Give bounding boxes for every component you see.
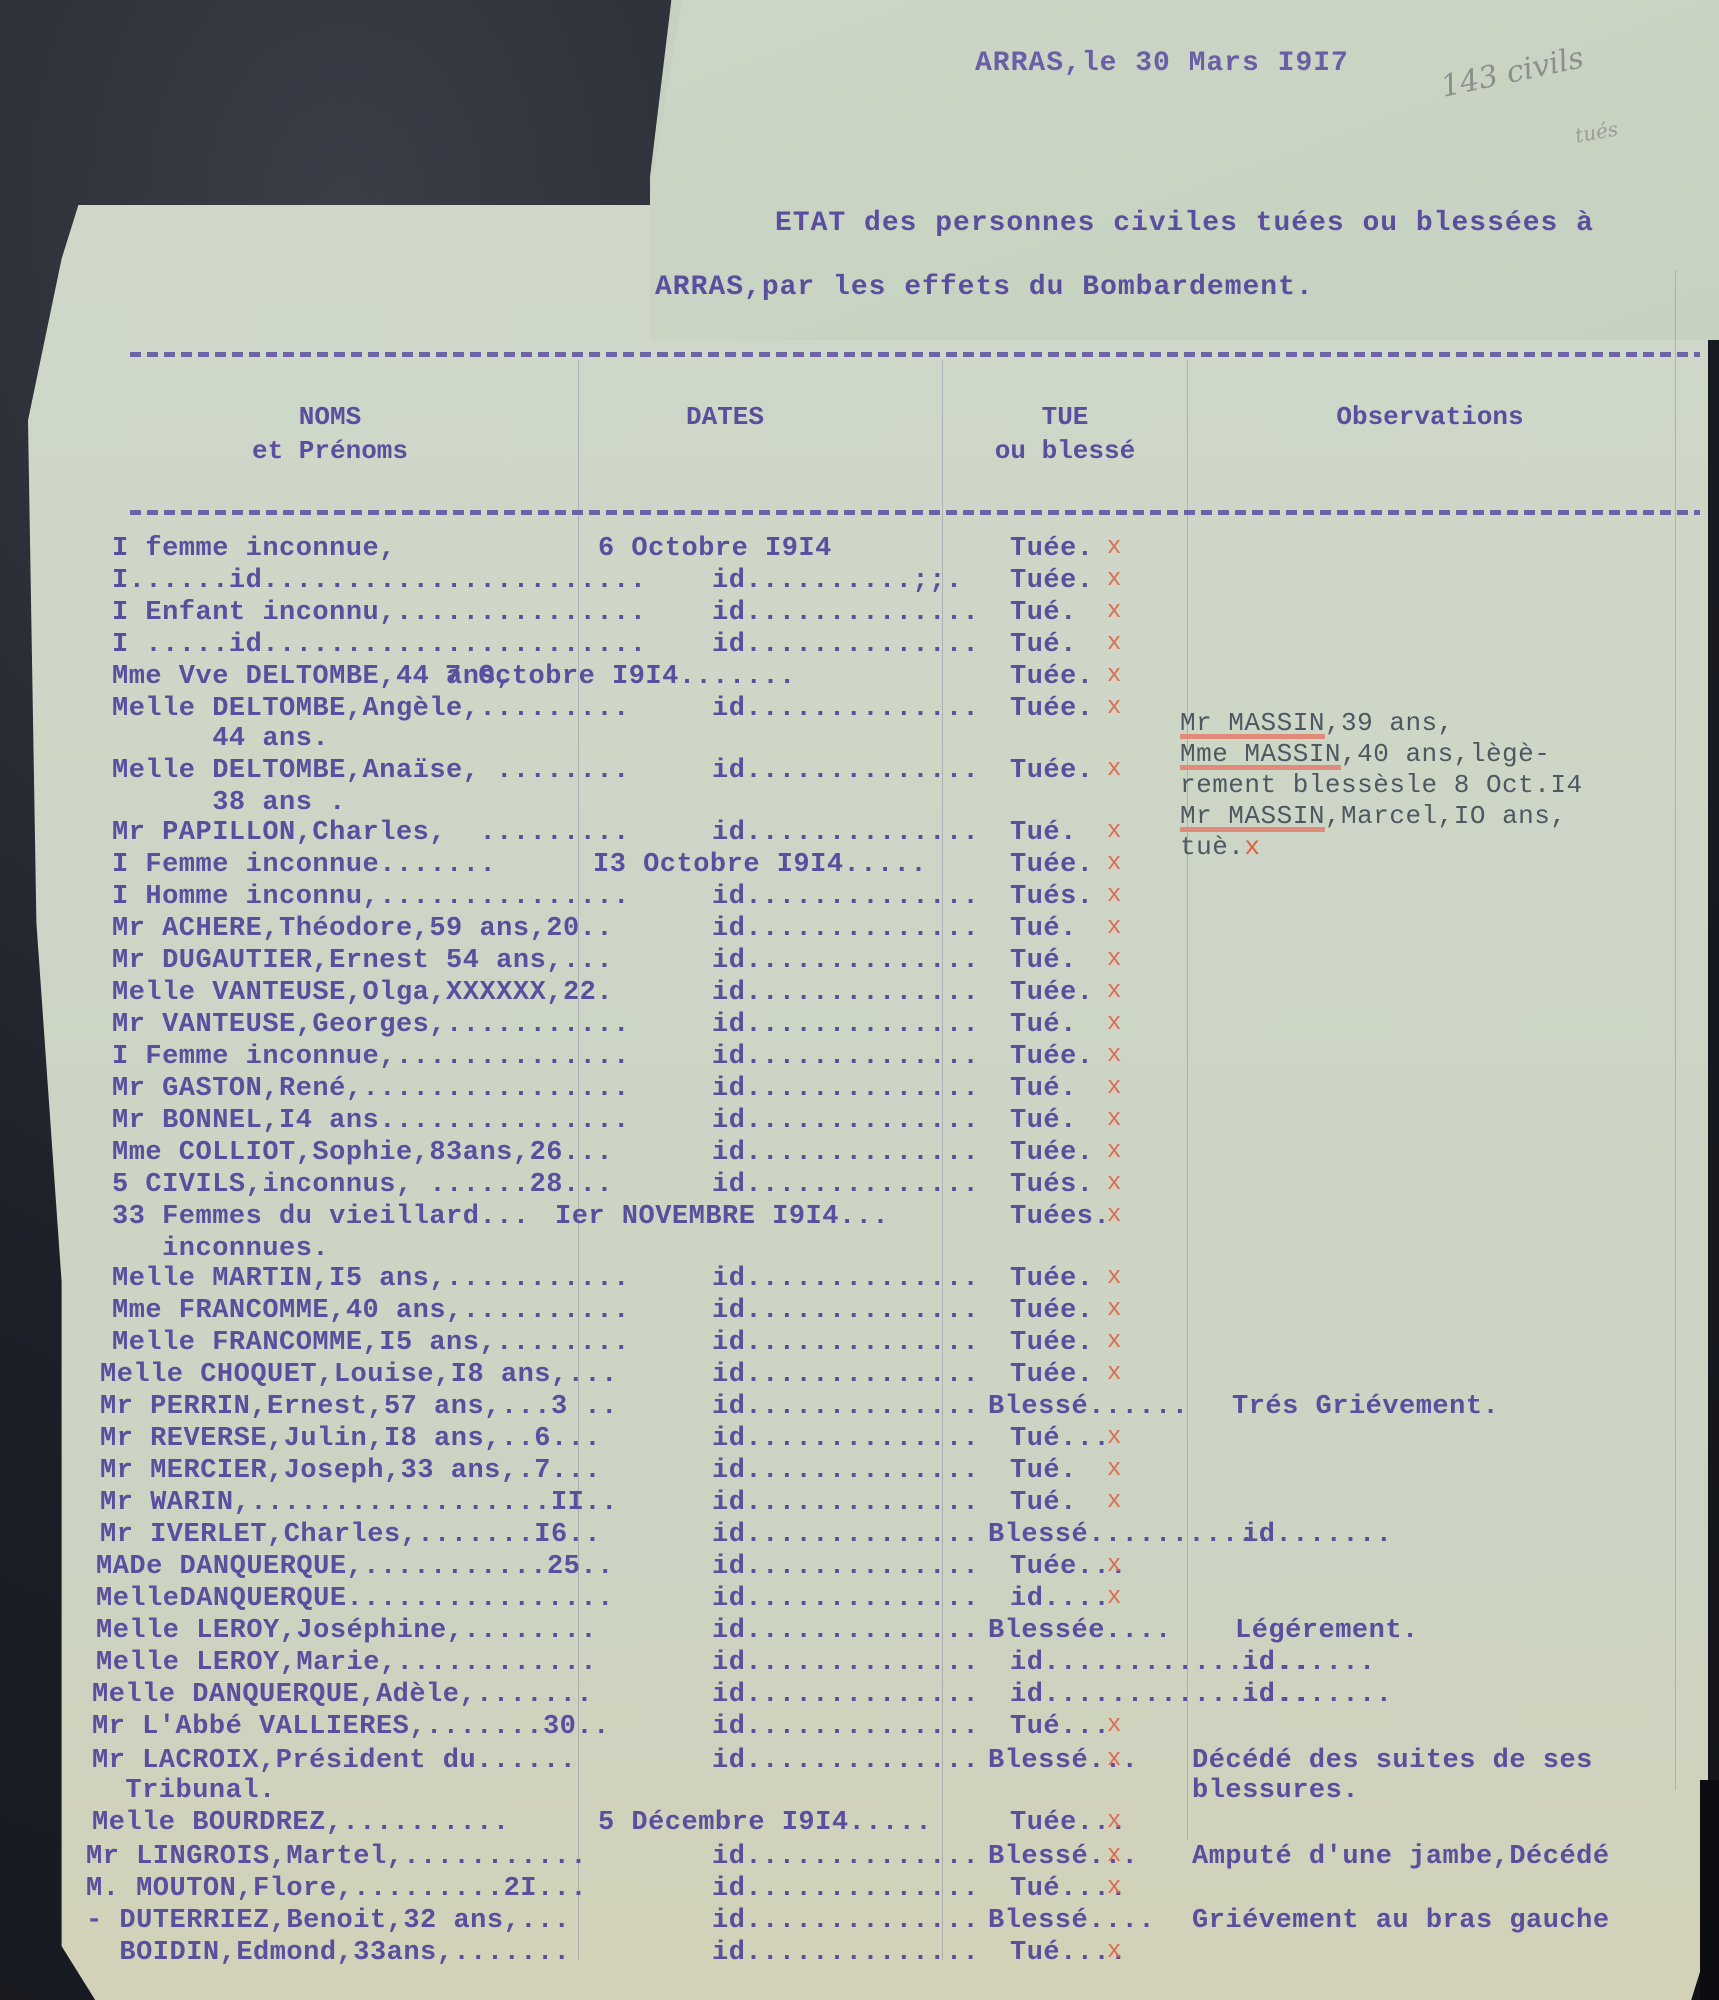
row-name: Melle MARTIN,I5 ans,........... bbox=[112, 1264, 630, 1294]
row-name: 5 CIVILS,inconnus, ......28... bbox=[112, 1170, 613, 1200]
row-name: I Femme inconnue,.............. bbox=[112, 1042, 630, 1072]
table-row: Mr ACHERE,Théodore,59 ans,20..id........… bbox=[0, 914, 1719, 946]
table-row: Mr LACROIX,Président du......id.........… bbox=[0, 1746, 1719, 1778]
row-date: id.............. bbox=[712, 1170, 979, 1200]
row-name: - DUTERRIEZ,Benoit,32 ans,... bbox=[86, 1906, 570, 1936]
row-name: Tribunal. bbox=[92, 1776, 276, 1806]
red-check-mark: x bbox=[1107, 1170, 1122, 1197]
row-date: id.............. bbox=[712, 1392, 979, 1422]
row-date: id.............. bbox=[712, 630, 979, 660]
background-edge bbox=[1700, 1780, 1719, 2000]
red-check-mark: x bbox=[1107, 882, 1122, 909]
table-row: inconnues. bbox=[0, 1234, 1719, 1266]
red-check-mark: x bbox=[1107, 1488, 1122, 1515]
row-status: Tuée. bbox=[1010, 1264, 1094, 1294]
row-observation: id....... bbox=[1192, 1520, 1392, 1550]
row-name: MADe DANQUERQUE,...........25.. bbox=[96, 1552, 614, 1582]
row-date: id.............. bbox=[712, 882, 979, 912]
table-row: MelleDANQUERQUE................id.......… bbox=[0, 1584, 1719, 1616]
row-date: id.............. bbox=[712, 1746, 979, 1776]
row-status: Tuée. bbox=[1010, 694, 1094, 724]
row-name: Mme FRANCOMME,40 ans,.......... bbox=[112, 1296, 630, 1326]
red-check-mark: x bbox=[1107, 1584, 1122, 1611]
red-check-mark: x bbox=[1107, 694, 1122, 721]
table-row: Mme COLLIOT,Sophie,83ans,26...id........… bbox=[0, 1138, 1719, 1170]
table-row: Mr LINGROIS,Martel,...........id........… bbox=[0, 1842, 1719, 1874]
row-date: id.............. bbox=[712, 1874, 979, 1904]
red-check-mark: x bbox=[1107, 1106, 1122, 1133]
row-status: Tués. bbox=[1010, 1170, 1094, 1200]
row-status: Tuée. bbox=[1010, 756, 1094, 786]
row-observation: Décédé des suites de ses bbox=[1192, 1746, 1593, 1776]
row-name: I......id....................... bbox=[112, 566, 646, 596]
row-observation: Amputé d'une jambe,Décédé bbox=[1192, 1842, 1610, 1872]
table-row: 5 CIVILS,inconnus, ......28...id........… bbox=[0, 1170, 1719, 1202]
row-date: id.............. bbox=[712, 756, 979, 786]
table-row: Melle MARTIN,I5 ans,...........id.......… bbox=[0, 1264, 1719, 1296]
row-status: Tuée. bbox=[1010, 1138, 1094, 1168]
row-status: Tué. bbox=[1010, 1106, 1077, 1136]
table-row: Melle BOURDREZ,..........5 Décembre I9I4… bbox=[0, 1808, 1719, 1840]
row-date: 5 Décembre I9I4..... bbox=[598, 1808, 932, 1838]
row-status: Tuées. bbox=[1010, 1202, 1110, 1232]
row-name: Melle FRANCOMME,I5 ans,........ bbox=[112, 1328, 630, 1358]
row-date: id.............. bbox=[712, 1842, 979, 1872]
red-check-mark: x bbox=[1107, 1456, 1122, 1483]
table-row: I Homme inconnu,...............id.......… bbox=[0, 882, 1719, 914]
table-row: Mr IVERLET,Charles,.......I6..id........… bbox=[0, 1520, 1719, 1552]
table-row: Melle LEROY,Joséphine,........id........… bbox=[0, 1616, 1719, 1648]
table-row: Mr VANTEUSE,Georges,...........id.......… bbox=[0, 1010, 1719, 1042]
row-observation: Légérement. bbox=[1235, 1616, 1419, 1646]
row-date: 7 Octobre I9I4....... bbox=[445, 662, 796, 692]
row-date: id.............. bbox=[712, 1042, 979, 1072]
row-status: Tué. bbox=[1010, 1010, 1077, 1040]
row-date: id.............. bbox=[712, 1616, 979, 1646]
red-check-mark: x bbox=[1107, 946, 1122, 973]
red-check-mark: x bbox=[1107, 1202, 1122, 1229]
column-header-dates: DATES bbox=[640, 400, 810, 434]
table-row: Melle LEROY,Marie,............id........… bbox=[0, 1648, 1719, 1680]
row-date: id.............. bbox=[712, 978, 979, 1008]
document-title-line-1: ETAT des personnes civiles tuées ou bles… bbox=[775, 208, 1594, 239]
row-name: I Femme inconnue....... bbox=[112, 850, 496, 880]
row-status: Tuée. bbox=[1010, 1296, 1094, 1326]
red-check-mark: x bbox=[1107, 1138, 1122, 1165]
row-name: Mr LACROIX,Président du...... bbox=[92, 1746, 576, 1776]
row-status: Tué. bbox=[1010, 1074, 1077, 1104]
table-row: I .....id.......................id......… bbox=[0, 630, 1719, 662]
row-status: Blessé.... bbox=[988, 1906, 1155, 1936]
row-date: id.............. bbox=[712, 1488, 979, 1518]
row-name: Melle DANQUERQUE,Adèle,....... bbox=[92, 1680, 593, 1710]
row-date: id.............. bbox=[712, 1938, 979, 1968]
row-observation: blessures. bbox=[1192, 1776, 1359, 1806]
column-header-names: NOMS et Prénoms bbox=[170, 400, 490, 468]
row-status: id.... bbox=[1010, 1584, 1110, 1614]
row-date: id.............. bbox=[712, 1552, 979, 1582]
row-date: id.............. bbox=[712, 1584, 979, 1614]
red-check-mark: x bbox=[1244, 832, 1260, 862]
row-date: I3 Octobre I9I4..... bbox=[593, 850, 927, 880]
row-status: Tué. bbox=[1010, 630, 1077, 660]
red-check-mark: x bbox=[1107, 1712, 1122, 1739]
row-status: Tuée. bbox=[1010, 662, 1094, 692]
row-name: Mr WARIN,..................II.. bbox=[100, 1488, 618, 1518]
row-name: inconnues. bbox=[112, 1234, 329, 1264]
column-header-status: TUE ou blessé bbox=[940, 400, 1190, 468]
red-check-mark: x bbox=[1107, 1264, 1122, 1291]
row-date: id.............. bbox=[712, 1328, 979, 1358]
table-row: Mr L'Abbé VALLIERES,.......30..id.......… bbox=[0, 1712, 1719, 1744]
red-check-mark: x bbox=[1107, 1424, 1122, 1451]
red-check-mark: x bbox=[1107, 850, 1122, 877]
row-date: id.............. bbox=[712, 598, 979, 628]
row-status: Tuée. bbox=[1010, 566, 1094, 596]
row-name: Melle CHOQUET,Louise,I8 ans,... bbox=[100, 1360, 618, 1390]
massin-name-2: Mme MASSIN bbox=[1180, 739, 1341, 769]
red-check-mark: x bbox=[1107, 818, 1122, 845]
row-date: Ier NOVEMBRE I9I4... bbox=[555, 1202, 889, 1232]
table-row: Mr PERRIN,Ernest,57 ans,...3 ..id.......… bbox=[0, 1392, 1719, 1424]
table-row: Melle FRANCOMME,I5 ans,........id.......… bbox=[0, 1328, 1719, 1360]
row-name: Mr GASTON,René,................ bbox=[112, 1074, 630, 1104]
row-name: 38 ans . bbox=[112, 788, 346, 818]
table-row: Tribunal.blessures. bbox=[0, 1776, 1719, 1808]
table-row: Melle VANTEUSE,Olga,XXXXXX,22.id........… bbox=[0, 978, 1719, 1010]
row-date: id.............. bbox=[712, 1424, 979, 1454]
red-check-mark: x bbox=[1107, 1808, 1122, 1835]
row-name: Mr LINGROIS,Martel,........... bbox=[86, 1842, 587, 1872]
row-name: Melle LEROY,Joséphine,........ bbox=[96, 1616, 597, 1646]
row-name: Melle DELTOMBE,Angèle,......... bbox=[112, 694, 630, 724]
red-check-mark: x bbox=[1107, 1010, 1122, 1037]
row-name: Mme COLLIOT,Sophie,83ans,26... bbox=[112, 1138, 613, 1168]
row-date: id.............. bbox=[712, 1138, 979, 1168]
red-check-mark: x bbox=[1107, 1296, 1122, 1323]
table-row: Melle CHOQUET,Louise,I8 ans,...id.......… bbox=[0, 1360, 1719, 1392]
red-check-mark: x bbox=[1107, 662, 1122, 689]
red-check-mark: x bbox=[1107, 1360, 1122, 1387]
row-name: Mr DUGAUTIER,Ernest 54 ans,... bbox=[112, 946, 613, 976]
row-date: 6 Octobre I9I4 bbox=[598, 534, 832, 564]
row-date: id.............. bbox=[712, 1296, 979, 1326]
row-status: Tuée. bbox=[1010, 978, 1094, 1008]
table-row: Mme FRANCOMME,40 ans,..........id.......… bbox=[0, 1296, 1719, 1328]
red-check-mark: x bbox=[1107, 1042, 1122, 1069]
row-date: id.............. bbox=[712, 1648, 979, 1678]
row-name: Mr PAPILLON,Charles, ......... bbox=[112, 818, 630, 848]
table-row: Mr DUGAUTIER,Ernest 54 ans,...id........… bbox=[0, 946, 1719, 978]
row-name: I femme inconnue, bbox=[112, 534, 396, 564]
red-check-mark: x bbox=[1107, 756, 1122, 783]
row-status: Tuée. bbox=[1010, 1042, 1094, 1072]
table-row: M. MOUTON,Flore,.........2I...id........… bbox=[0, 1874, 1719, 1906]
row-date: id.............. bbox=[712, 1520, 979, 1550]
table-row: MADe DANQUERQUE,...........25..id.......… bbox=[0, 1552, 1719, 1584]
row-status: Tué. bbox=[1010, 914, 1077, 944]
row-date: id.............. bbox=[712, 1264, 979, 1294]
table-row: Mr BONNEL,I4 ans...............id.......… bbox=[0, 1106, 1719, 1138]
red-check-mark: x bbox=[1107, 534, 1122, 561]
red-check-mark: x bbox=[1107, 630, 1122, 657]
row-status: Tué. bbox=[1010, 1456, 1077, 1486]
row-name: Melle LEROY,Marie,............ bbox=[96, 1648, 597, 1678]
row-date: id.............. bbox=[712, 818, 979, 848]
red-check-mark: x bbox=[1107, 1874, 1122, 1901]
row-status: Blessée.... bbox=[988, 1616, 1172, 1646]
row-status: Tuée. bbox=[1010, 850, 1094, 880]
row-date: id.............. bbox=[712, 1010, 979, 1040]
header-top-rule bbox=[130, 352, 1700, 357]
document-title-line-2: ARRAS,par les effets du Bombardement. bbox=[655, 272, 1314, 303]
dateline: ARRAS,le 30 Mars I9I7 bbox=[975, 48, 1349, 79]
table-row: Mr MERCIER,Joseph,33 ans,.7...id........… bbox=[0, 1456, 1719, 1488]
massin-name-1: Mr MASSIN bbox=[1180, 708, 1325, 738]
row-name: Mr ACHERE,Théodore,59 ans,20.. bbox=[112, 914, 613, 944]
row-name: Mr BONNEL,I4 ans............... bbox=[112, 1106, 630, 1136]
row-name: Mr L'Abbé VALLIERES,.......30.. bbox=[92, 1712, 610, 1742]
column-header-observations: Observations bbox=[1290, 400, 1570, 434]
red-check-mark: x bbox=[1107, 1746, 1122, 1773]
row-status: Tué... bbox=[1010, 1712, 1110, 1742]
red-check-mark: x bbox=[1107, 1552, 1122, 1579]
table-row: Mr REVERSE,Julin,I8 ans,..6...id........… bbox=[0, 1424, 1719, 1456]
row-name: Mr VANTEUSE,Georges,........... bbox=[112, 1010, 630, 1040]
table-row: BOIDIN,Edmond,33ans,.......id...........… bbox=[0, 1938, 1719, 1970]
table-row: I......id.......................id......… bbox=[0, 566, 1719, 598]
table-row: Melle DANQUERQUE,Adèle,.......id........… bbox=[0, 1680, 1719, 1712]
red-check-mark: x bbox=[1107, 1938, 1122, 1965]
red-check-mark: x bbox=[1107, 978, 1122, 1005]
row-status: Tués. bbox=[1010, 882, 1094, 912]
row-status: Tuée. bbox=[1010, 1360, 1094, 1390]
table-row: Mr GASTON,René,................id.......… bbox=[0, 1074, 1719, 1106]
row-status: Blessé...... bbox=[988, 1392, 1188, 1422]
massin-name-3: Mr MASSIN bbox=[1180, 801, 1325, 831]
row-name: Melle BOURDREZ,.......... bbox=[92, 1808, 510, 1838]
row-date: id.............. bbox=[712, 1680, 979, 1710]
row-name: Mr REVERSE,Julin,I8 ans,..6... bbox=[100, 1424, 601, 1454]
row-date: id.............. bbox=[712, 1074, 979, 1104]
red-check-mark: x bbox=[1107, 1074, 1122, 1101]
row-status: Tué. bbox=[1010, 1488, 1077, 1518]
row-status: Tué. bbox=[1010, 818, 1077, 848]
row-name: I .....id....................... bbox=[112, 630, 646, 660]
row-name: 33 Femmes du vieillard... bbox=[112, 1202, 530, 1232]
row-name: Melle DELTOMBE,Anaïse, ........ bbox=[112, 756, 630, 786]
table-row: - DUTERRIEZ,Benoit,32 ans,...id.........… bbox=[0, 1906, 1719, 1938]
row-name: M. MOUTON,Flore,.........2I... bbox=[86, 1874, 587, 1904]
table-row: Mme Vve DELTOMBE,44 ans,7 Octobre I9I4..… bbox=[0, 662, 1719, 694]
red-check-mark: x bbox=[1107, 1842, 1122, 1869]
table-row: I Femme inconnue,..............id.......… bbox=[0, 1042, 1719, 1074]
table-row: 33 Femmes du vieillard...Ier NOVEMBRE I9… bbox=[0, 1202, 1719, 1234]
row-status: Tué. bbox=[1010, 946, 1077, 976]
row-status: Tuée. bbox=[1010, 1328, 1094, 1358]
row-observation: Trés Griévement. bbox=[1232, 1392, 1499, 1422]
row-observation: Griévement au bras gauche bbox=[1192, 1906, 1610, 1936]
row-date: id.............. bbox=[712, 694, 979, 724]
row-status: Tuée. bbox=[1010, 534, 1094, 564]
row-name: Mr MERCIER,Joseph,33 ans,.7... bbox=[100, 1456, 601, 1486]
red-check-mark: x bbox=[1107, 914, 1122, 941]
row-date: id.............. bbox=[712, 946, 979, 976]
row-status: Tué. bbox=[1010, 598, 1077, 628]
row-name: 44 ans. bbox=[112, 724, 329, 754]
row-status: Tué... bbox=[1010, 1424, 1110, 1454]
red-check-mark: x bbox=[1107, 566, 1122, 593]
observations-massin-note: Mr MASSIN,39 ans, Mme MASSIN,40 ans,lègè… bbox=[1180, 708, 1583, 863]
row-name: I Enfant inconnu,............... bbox=[112, 598, 646, 628]
table-row: I femme inconnue,6 Octobre I9I4Tuée.x bbox=[0, 534, 1719, 566]
row-date: id.............. bbox=[712, 1106, 979, 1136]
row-date: id.............. bbox=[712, 1360, 979, 1390]
row-observation: id...... bbox=[1192, 1648, 1376, 1678]
row-name: Mr PERRIN,Ernest,57 ans,...3 .. bbox=[100, 1392, 618, 1422]
row-date: id..........;;. bbox=[712, 566, 963, 596]
header-bottom-rule bbox=[130, 510, 1700, 515]
table-row: Mr WARIN,..................II..id.......… bbox=[0, 1488, 1719, 1520]
row-date: id.............. bbox=[712, 914, 979, 944]
row-name: BOIDIN,Edmond,33ans,....... bbox=[86, 1938, 570, 1968]
row-observation: id....... bbox=[1192, 1680, 1392, 1710]
table-row: I Enfant inconnu,...............id......… bbox=[0, 598, 1719, 630]
row-name: I Homme inconnu,............... bbox=[112, 882, 630, 912]
red-check-mark: x bbox=[1107, 1328, 1122, 1355]
row-name: Mr IVERLET,Charles,.......I6.. bbox=[100, 1520, 601, 1550]
row-name: MelleDANQUERQUE................ bbox=[96, 1584, 614, 1614]
row-date: id.............. bbox=[712, 1712, 979, 1742]
row-date: id.............. bbox=[712, 1906, 979, 1936]
row-name: Melle VANTEUSE,Olga,XXXXXX,22. bbox=[112, 978, 613, 1008]
red-check-mark: x bbox=[1107, 598, 1122, 625]
row-date: id.............. bbox=[712, 1456, 979, 1486]
